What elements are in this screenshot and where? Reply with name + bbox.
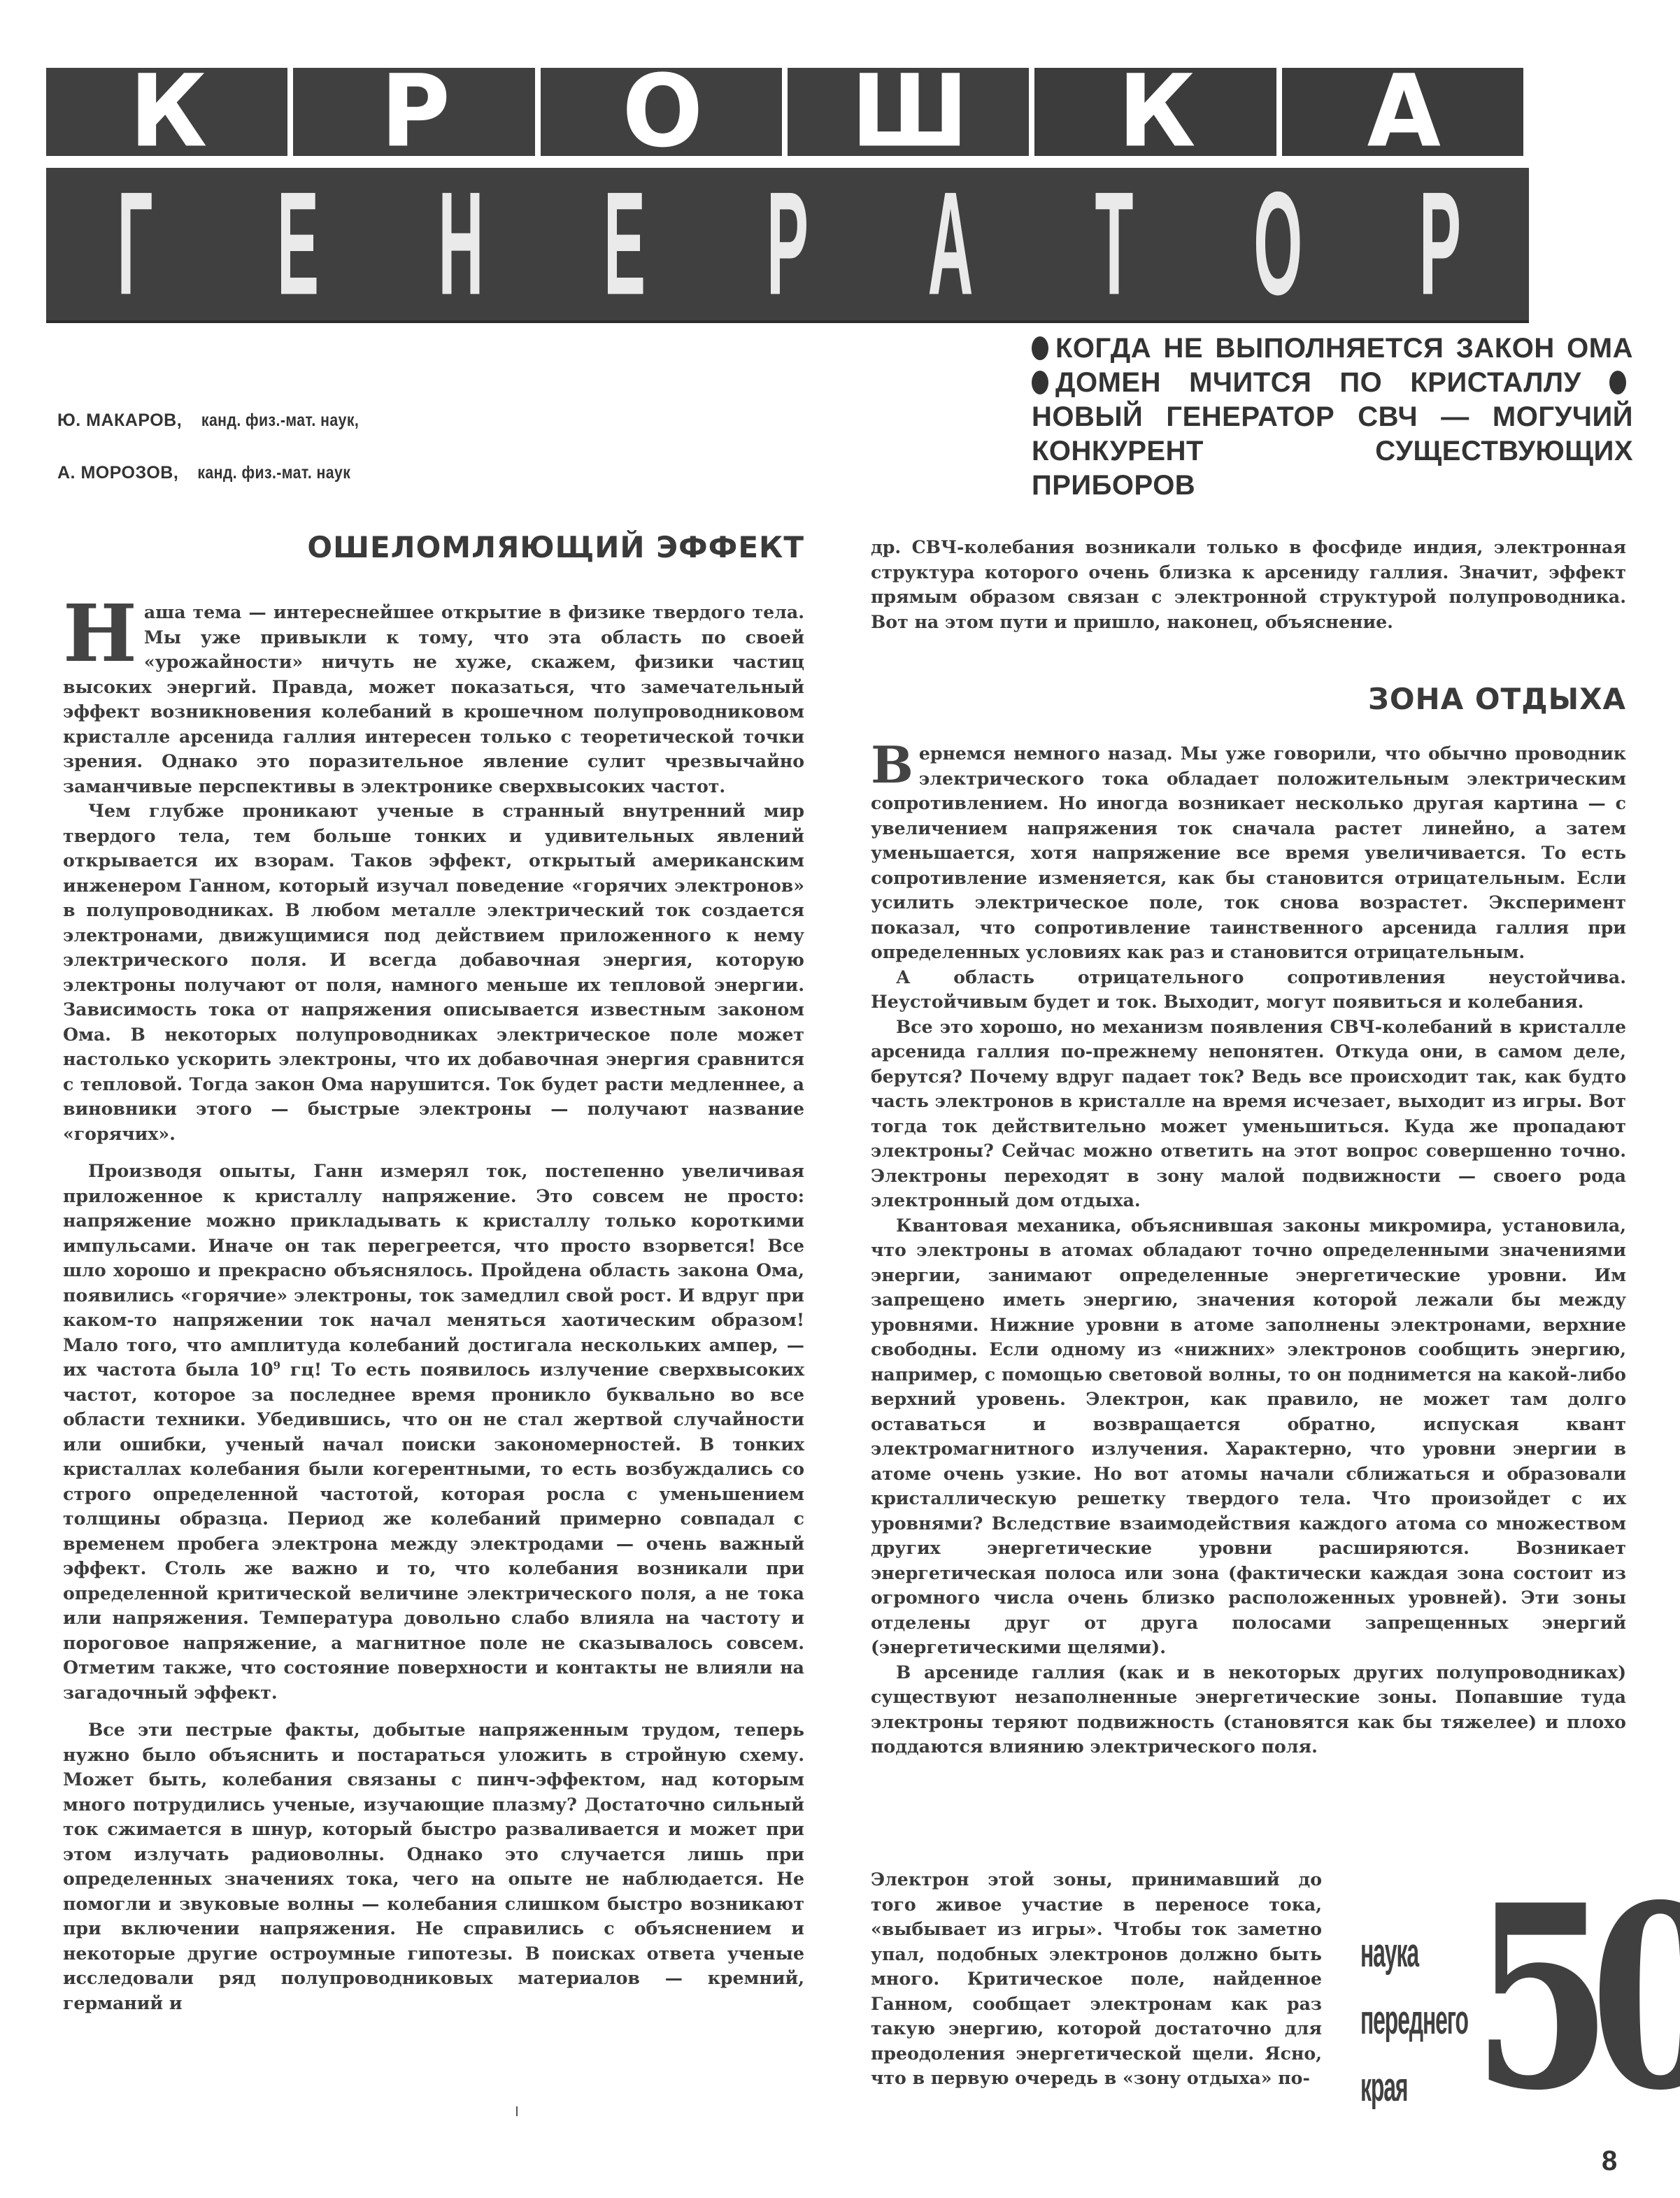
paragraph: Электрон этой зоны, принимавший до того … <box>871 1867 1322 2091</box>
title-letter: Н <box>438 171 485 317</box>
paragraph: Все эти пестрые факты, добытые напряженн… <box>63 1718 804 2015</box>
title-letter: Г <box>111 171 159 317</box>
author-name: А. МОРОЗОВ, <box>57 463 178 483</box>
page-number: 8 <box>1602 2146 1617 2177</box>
deck-item: ДОМЕН МЧИТСЯ ПО КРИСТАЛЛУ <box>1055 367 1581 398</box>
kicker-letter: А <box>1282 68 1523 156</box>
title-letter: Р <box>1417 171 1465 317</box>
byline-author-2: А. МОРОЗОВ, канд. физ.-мат. наук <box>57 463 364 483</box>
author-name: Ю. МАКАРОВ, <box>57 411 182 430</box>
emblem-science-frontier-50: наука переднего края 50 <box>1346 1892 1626 2122</box>
bullet-icon <box>1032 371 1048 394</box>
paragraph: Вернемся немного назад. Мы уже говорили,… <box>871 741 1626 965</box>
emblem-word: переднего <box>1360 1987 1414 2054</box>
title-band: Г Е Н Е Р А Т О Р <box>46 168 1529 323</box>
dropcap: Н <box>63 604 137 664</box>
title-letter: Т <box>1090 171 1138 317</box>
right-column-top: др. СВЧ-колебания возникали только в фос… <box>871 535 1626 634</box>
kicker-letter: К <box>46 68 287 156</box>
author-degree: канд. физ.-мат. наук <box>197 463 350 483</box>
title-letter: Е <box>601 171 648 317</box>
right-column-narrow: Электрон этой зоны, принимавший до того … <box>871 1867 1322 2091</box>
paragraph: Все это хорошо, но механизм появления СВ… <box>871 1015 1626 1213</box>
bullet-icon <box>1609 371 1626 394</box>
paragraph: А область отрицательного сопротивления н… <box>871 965 1626 1015</box>
kicker-letter: Ш <box>788 68 1029 156</box>
section-heading-2: ЗОНА ОТДЫХА <box>871 682 1626 716</box>
emblem-word: края <box>1360 2054 1414 2121</box>
paragraph: Наша тема — интереснейшее открытие в физ… <box>63 600 804 799</box>
emblem-words: наука переднего края <box>1360 1920 1458 2121</box>
column-mark <box>516 2106 518 2116</box>
paragraph: Квантовая механика, объяснившая законы м… <box>871 1213 1626 1660</box>
paragraph: Производя опыты, Ганн измерял ток, посте… <box>63 1159 804 1705</box>
deck-item: КОГДА НЕ ВЫПОЛНЯЕТСЯ ЗАКОН ОМА <box>1055 333 1633 364</box>
deck-item: НОВЫЙ ГЕНЕРАТОР СВЧ — МОГУЧИЙ КОНКУРЕНТ … <box>1032 401 1633 501</box>
left-column: Наша тема — интереснейшее открытие в физ… <box>63 600 804 2015</box>
kicker-letter: Р <box>293 68 534 156</box>
byline-author-1: Ю. МАКАРОВ, канд. физ.-мат. наук, <box>57 411 373 431</box>
title-letter: А <box>927 171 975 317</box>
paragraph: Чем глубже проникают ученые в странный в… <box>63 799 804 1146</box>
kicker-title: К Р О Ш К А <box>43 70 1526 154</box>
bullet-icon <box>1032 336 1048 360</box>
title-letter: Р <box>764 171 811 317</box>
author-degree: канд. физ.-мат. наук, <box>201 411 358 431</box>
section-heading-1: ОШЕЛОМЛЯЮЩИЙ ЭФФЕКТ <box>63 530 804 564</box>
paragraph-continuation: др. СВЧ-колебания возникали только в фос… <box>871 535 1626 634</box>
title-letter: Е <box>274 171 322 317</box>
dropcap: В <box>871 744 913 786</box>
emblem-number: 50 <box>1472 1879 1680 2117</box>
kicker-letter: К <box>1034 68 1276 156</box>
article-deck: КОГДА НЕ ВЫПОЛНЯЕТСЯ ЗАКОН ОМА ДОМЕН МЧИ… <box>1032 331 1633 503</box>
paragraph: В арсениде галлия (как и в некоторых дру… <box>871 1660 1626 1760</box>
title-letter: О <box>1253 171 1301 317</box>
kicker-letter: О <box>541 68 782 156</box>
emblem-word: наука <box>1360 1920 1414 1987</box>
right-column: Вернемся немного назад. Мы уже говорили,… <box>871 741 1626 1760</box>
